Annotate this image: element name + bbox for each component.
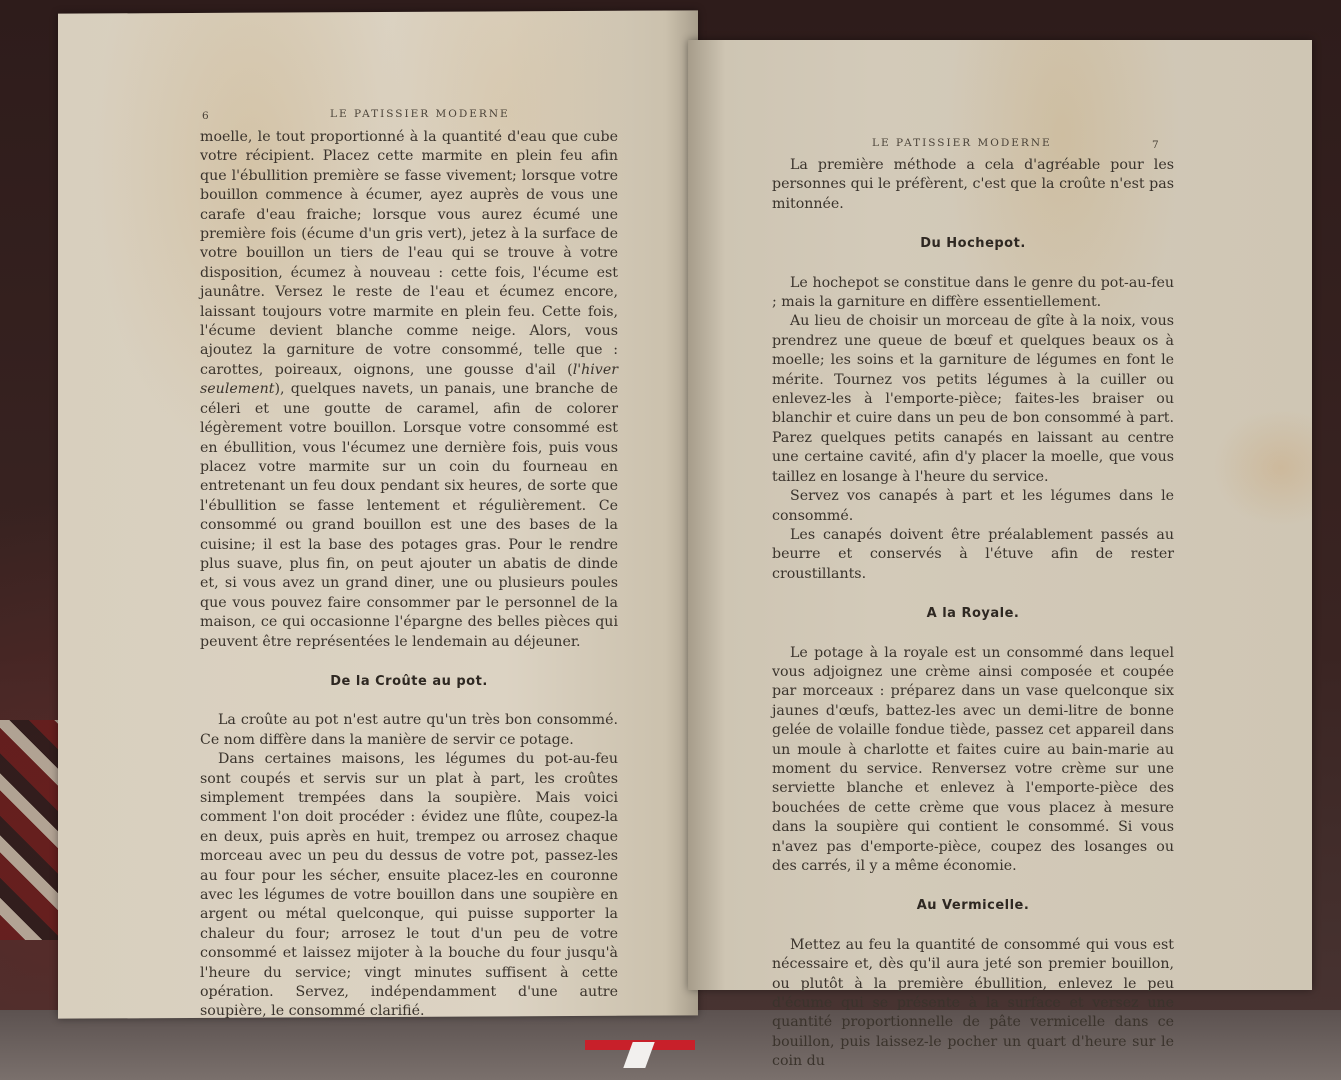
right-page-text: La première méthode a cela d'agréable po… [772,156,1174,1072]
left-running-head: LE PATISSIER MODERNE [330,108,510,120]
paragraph: La croûte au pot n'est autre qu'un très … [200,711,618,750]
paragraph: La première méthode a cela d'agréable po… [772,156,1174,214]
paragraph: Le hochepot se constitue dans le genre d… [772,274,1174,313]
left-page-text: moelle, le tout proportionné à la quanti… [200,128,618,1022]
paragraph: Mettez au feu la quantité de consommé qu… [772,936,1174,1072]
section-heading-royale: A la Royale. [772,604,1174,623]
right-running-head: LE PATISSIER MODERNE [872,137,1052,149]
rug-pattern [0,720,60,940]
right-page-number: 7 [1152,139,1159,151]
section-heading-croute-au-pot: De la Croûte au pot. [200,672,618,691]
paragraph: Au lieu de choisir un morceau de gîte à … [772,312,1174,487]
section-heading-hochepot: Du Hochepot. [772,234,1174,253]
left-page-number: 6 [202,110,209,122]
paragraph: Les canapés doivent être préalablement p… [772,526,1174,584]
paragraph: Dans certaines maisons, les légumes du p… [200,750,618,1022]
section-heading-vermicelle: Au Vermicelle. [772,896,1174,915]
paragraph: Servez vos canapés à part et les légumes… [772,487,1174,526]
paragraph: moelle, le tout proportionné à la quanti… [200,128,618,652]
paragraph: Le potage à la royale est un consommé da… [772,644,1174,877]
